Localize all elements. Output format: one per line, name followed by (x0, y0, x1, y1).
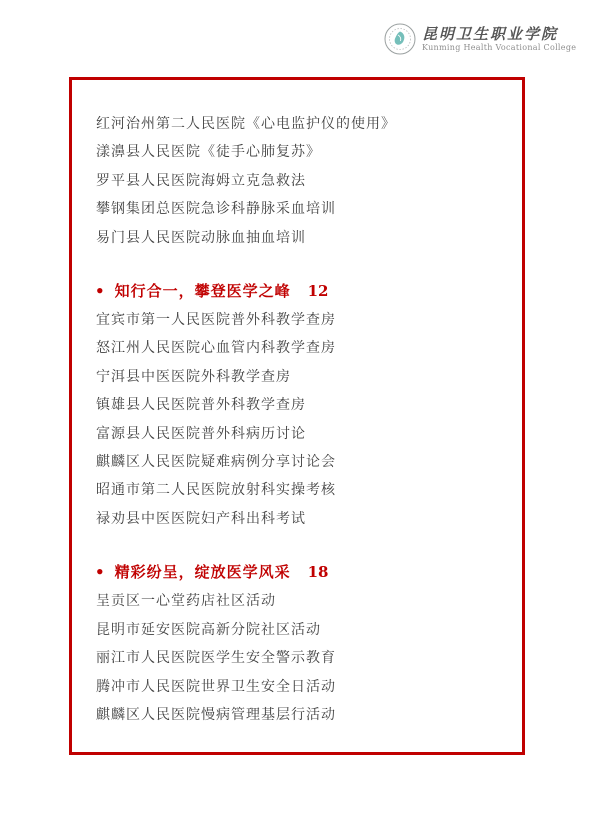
toc-section: 红河治州第二人民医院《心电监护仪的使用》漾濞县人民医院《徒手心肺复苏》罗平县人民… (95, 110, 506, 252)
toc-section-title: 知行合一，攀登医学之峰 (115, 276, 291, 306)
toc-entry: 腾冲市人民医院世界卫生安全日活动 (96, 673, 506, 701)
toc-entry: 易门县人民医院动脉血抽血培训 (96, 224, 506, 252)
college-logo: 昆明卫生职业学院 Kunming Health Vocational Colle… (384, 23, 576, 55)
college-name-zh: 昆明卫生职业学院 (422, 25, 576, 43)
toc-box: 红河治州第二人民医院《心电监护仪的使用》漾濞县人民医院《徒手心肺复苏》罗平县人民… (69, 77, 525, 755)
toc-entry: 呈贡区一心堂药店社区活动 (96, 587, 506, 615)
toc-entry: 昭通市第二人民医院放射科实操考核 (96, 476, 506, 504)
toc-entry: 禄劝县中医医院妇产科出科考试 (96, 505, 506, 533)
toc-entry: 麒麟区人民医院慢病管理基层行活动 (96, 701, 506, 729)
toc-entry: 罗平县人民医院海姆立克急救法 (96, 167, 506, 195)
toc-section-title: 精彩纷呈，绽放医学风采 (115, 557, 291, 587)
toc-entry: 镇雄县人民医院普外科教学查房 (96, 391, 506, 419)
toc-entry: 富源县人民医院普外科病历讨论 (96, 420, 506, 448)
college-seal-icon (384, 23, 416, 55)
toc-entry: 怒江州人民医院心血管内科教学查房 (96, 334, 506, 362)
toc-entry: 麒麟区人民医院疑难病例分享讨论会 (96, 448, 506, 476)
toc-entry: 攀钢集团总医院急诊科静脉采血培训 (96, 195, 506, 223)
toc-entry: 宁洱县中医医院外科教学查房 (96, 363, 506, 391)
toc-section-heading: •知行合一，攀登医学之峰12 (95, 276, 506, 306)
bullet-icon: • (95, 276, 106, 306)
toc-section: •知行合一，攀登医学之峰12宜宾市第一人民医院普外科教学查房怒江州人民医院心血管… (95, 276, 506, 533)
bullet-icon: • (95, 557, 106, 587)
college-name-en: Kunming Health Vocational College (422, 43, 576, 53)
toc-entry: 漾濞县人民医院《徒手心肺复苏》 (96, 138, 506, 166)
college-logo-text: 昆明卫生职业学院 Kunming Health Vocational Colle… (422, 25, 576, 53)
toc-section-heading: •精彩纷呈，绽放医学风采18 (95, 557, 506, 587)
toc-section-page-number: 12 (308, 276, 329, 306)
toc-entry: 宜宾市第一人民医院普外科教学查房 (96, 306, 506, 334)
toc-section: •精彩纷呈，绽放医学风采18呈贡区一心堂药店社区活动昆明市延安医院高新分院社区活… (95, 557, 506, 729)
toc-section-page-number: 18 (308, 557, 329, 587)
toc-entry: 红河治州第二人民医院《心电监护仪的使用》 (96, 110, 506, 138)
toc-entry: 昆明市延安医院高新分院社区活动 (96, 616, 506, 644)
toc-entry: 丽江市人民医院医学生安全警示教育 (96, 644, 506, 672)
